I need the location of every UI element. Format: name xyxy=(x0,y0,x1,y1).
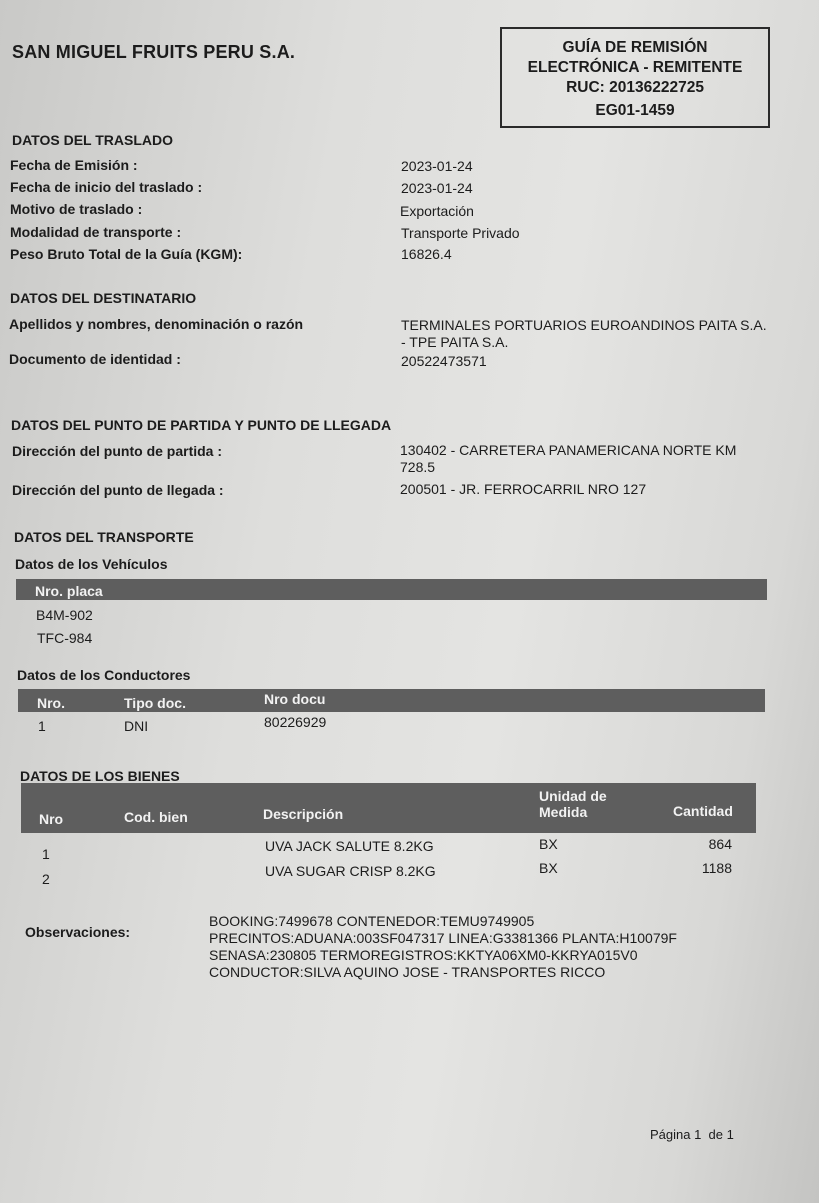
ruc-number: RUC: 20136222725 xyxy=(502,78,768,98)
field-label-motivo: Motivo de traslado : xyxy=(10,201,142,217)
section-title-transporte: DATOS DEL TRANSPORTE xyxy=(14,529,194,545)
field-value-partida: 130402 - CARRETERA PANAMERICANA NORTE KM… xyxy=(400,442,765,476)
observaciones-line: BOOKING:7499678 CONTENEDOR:TEMU9749905 xyxy=(209,913,677,930)
observaciones-line: CONDUCTOR:SILVA AQUINO JOSE - TRANSPORTE… xyxy=(209,964,677,981)
field-label-modalidad: Modalidad de transporte : xyxy=(10,224,181,240)
field-value-razon-social: TERMINALES PORTUARIOS EUROANDINOS PAITA … xyxy=(401,317,771,351)
field-value-peso-bruto: 16826.4 xyxy=(401,246,452,262)
field-label-partida: Dirección del punto de partida : xyxy=(12,443,222,459)
bien-cantidad: 1188 xyxy=(660,860,732,876)
page-number: Página 1 de 1 xyxy=(650,1127,734,1142)
subsection-title-conductores: Datos de los Conductores xyxy=(17,667,190,683)
bien-nro: 2 xyxy=(42,871,50,887)
column-header-cantidad: Cantidad xyxy=(673,803,733,819)
field-label-fecha-emision: Fecha de Emisión : xyxy=(10,157,138,173)
field-value-fecha-emision: 2023-01-24 xyxy=(401,158,473,174)
bienes-table-header: Nro Cod. bien Descripción Unidad de Medi… xyxy=(21,783,756,833)
doc-title-line1: GUÍA DE REMISIÓN xyxy=(502,38,768,58)
vehiculo-row: B4M-902 xyxy=(36,607,93,623)
column-header-tipo-doc: Tipo doc. xyxy=(124,695,186,711)
conductor-tipo-doc: DNI xyxy=(124,718,148,734)
field-value-llegada: 200501 - JR. FERROCARRIL NRO 127 xyxy=(400,481,646,497)
field-label-razon-social: Apellidos y nombres, denominación o razó… xyxy=(9,316,303,332)
vehiculos-table-header: Nro. placa xyxy=(16,579,767,600)
conductor-nro: 1 xyxy=(38,718,46,734)
column-header-nro-placa: Nro. placa xyxy=(35,583,103,599)
company-name: SAN MIGUEL FRUITS PERU S.A. xyxy=(12,42,295,63)
section-title-destinatario: DATOS DEL DESTINATARIO xyxy=(10,290,196,306)
field-label-documento: Documento de identidad : xyxy=(9,351,181,367)
section-title-bienes: DATOS DE LOS BIENES xyxy=(20,768,180,784)
observaciones-text: BOOKING:7499678 CONTENEDOR:TEMU9749905 P… xyxy=(209,913,677,981)
bien-cantidad: 864 xyxy=(660,836,732,852)
bien-nro: 1 xyxy=(42,846,50,862)
column-header-cod-bien: Cod. bien xyxy=(124,809,188,825)
column-header-nro-docu: Nro docu xyxy=(264,691,325,707)
column-header-nro: Nro. xyxy=(37,695,65,711)
section-title-traslado: DATOS DEL TRASLADO xyxy=(12,132,173,148)
column-header-nro: Nro xyxy=(39,811,63,827)
observaciones-label: Observaciones: xyxy=(25,924,130,940)
bien-unidad: BX xyxy=(539,836,558,852)
column-header-descripcion: Descripción xyxy=(263,806,343,822)
field-value-fecha-inicio: 2023-01-24 xyxy=(401,180,473,196)
section-title-puntos: DATOS DEL PUNTO DE PARTIDA Y PUNTO DE LL… xyxy=(11,417,391,433)
field-value-motivo: Exportación xyxy=(400,203,474,219)
column-header-unidad-line2: Medida xyxy=(539,804,587,820)
bien-descripcion: UVA SUGAR CRISP 8.2KG xyxy=(265,863,436,879)
observaciones-line: SENASA:230805 TERMOREGISTROS:KKTYA06XM0-… xyxy=(209,947,677,964)
observaciones-line: PRECINTOS:ADUANA:003SF047317 LINEA:G3381… xyxy=(209,930,677,947)
field-label-fecha-inicio: Fecha de inicio del traslado : xyxy=(10,179,202,195)
field-label-llegada: Dirección del punto de llegada : xyxy=(12,482,224,498)
conductor-nro-docu: 80226929 xyxy=(264,714,326,730)
conductores-table-header: Nro. Tipo doc. Nro docu xyxy=(18,689,765,712)
doc-title-line2: ELECTRÓNICA - REMITENTE xyxy=(502,58,768,78)
subsection-title-vehiculos: Datos de los Vehículos xyxy=(15,556,168,572)
vehiculo-row: TFC-984 xyxy=(37,630,92,646)
document-title-box: GUÍA DE REMISIÓN ELECTRÓNICA - REMITENTE… xyxy=(500,27,770,128)
column-header-unidad-line1: Unidad de xyxy=(539,788,607,804)
document-number: EG01-1459 xyxy=(502,101,768,121)
bien-descripcion: UVA JACK SALUTE 8.2KG xyxy=(265,838,434,854)
field-value-documento: 20522473571 xyxy=(401,353,487,369)
field-label-peso-bruto: Peso Bruto Total de la Guía (KGM): xyxy=(10,246,242,262)
field-value-modalidad: Transporte Privado xyxy=(401,225,520,241)
bien-unidad: BX xyxy=(539,860,558,876)
document-page: SAN MIGUEL FRUITS PERU S.A. GUÍA DE REMI… xyxy=(0,0,819,1203)
